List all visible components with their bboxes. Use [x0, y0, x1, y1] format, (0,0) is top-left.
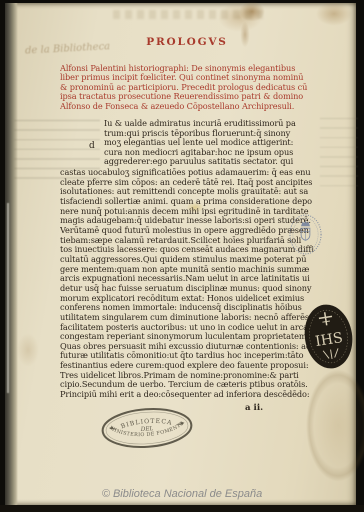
- quire-signature: a ii.: [245, 403, 263, 413]
- book-page: de la Bibliotheca PROLOGVS Alfonsi Palen…: [5, 3, 356, 505]
- scan-bottom-edge: [0, 505, 364, 512]
- body-line: Principiū mihi erit a deo:cōsequenter ad…: [60, 390, 320, 400]
- stain-top-right: [301, 0, 356, 39]
- bne-watermark: © Biblioteca Nacional de España: [52, 488, 312, 500]
- ministerio-fomento-stamp: BIBLIOTECA DEL MINISTERIO DE FOMENTO: [99, 404, 196, 452]
- body-line: aggrederer:ego paruulus satitatis sectat…: [104, 157, 319, 167]
- body-text-indented: Iu & ualde admiratus incuriā eruditissim…: [104, 119, 319, 167]
- gutter-highlight: [7, 203, 9, 393]
- showthrough-top: [113, 10, 263, 19]
- initial-guide-letter: d: [89, 141, 95, 151]
- stain-left-lower: [17, 333, 39, 367]
- round-library-stamp: [288, 213, 323, 256]
- page-title: PROLOGVS: [5, 36, 364, 48]
- body-text: castas uocabuloʒ significatiōes potius a…: [60, 168, 320, 400]
- incipit-rubric: Alfonsi Palentini historiographi: De sin…: [60, 64, 320, 111]
- showthrough-right-margin: [320, 111, 358, 189]
- rubric-line: Alfonso de Fonseca & azeuedo Cōpostellan…: [60, 102, 320, 111]
- scanned-page: de la Bibliotheca PROLOGVS Alfonsi Palen…: [0, 0, 364, 512]
- crowned-arms-icon: [301, 221, 310, 240]
- ihs-jesuit-stamp: IHS: [298, 297, 359, 375]
